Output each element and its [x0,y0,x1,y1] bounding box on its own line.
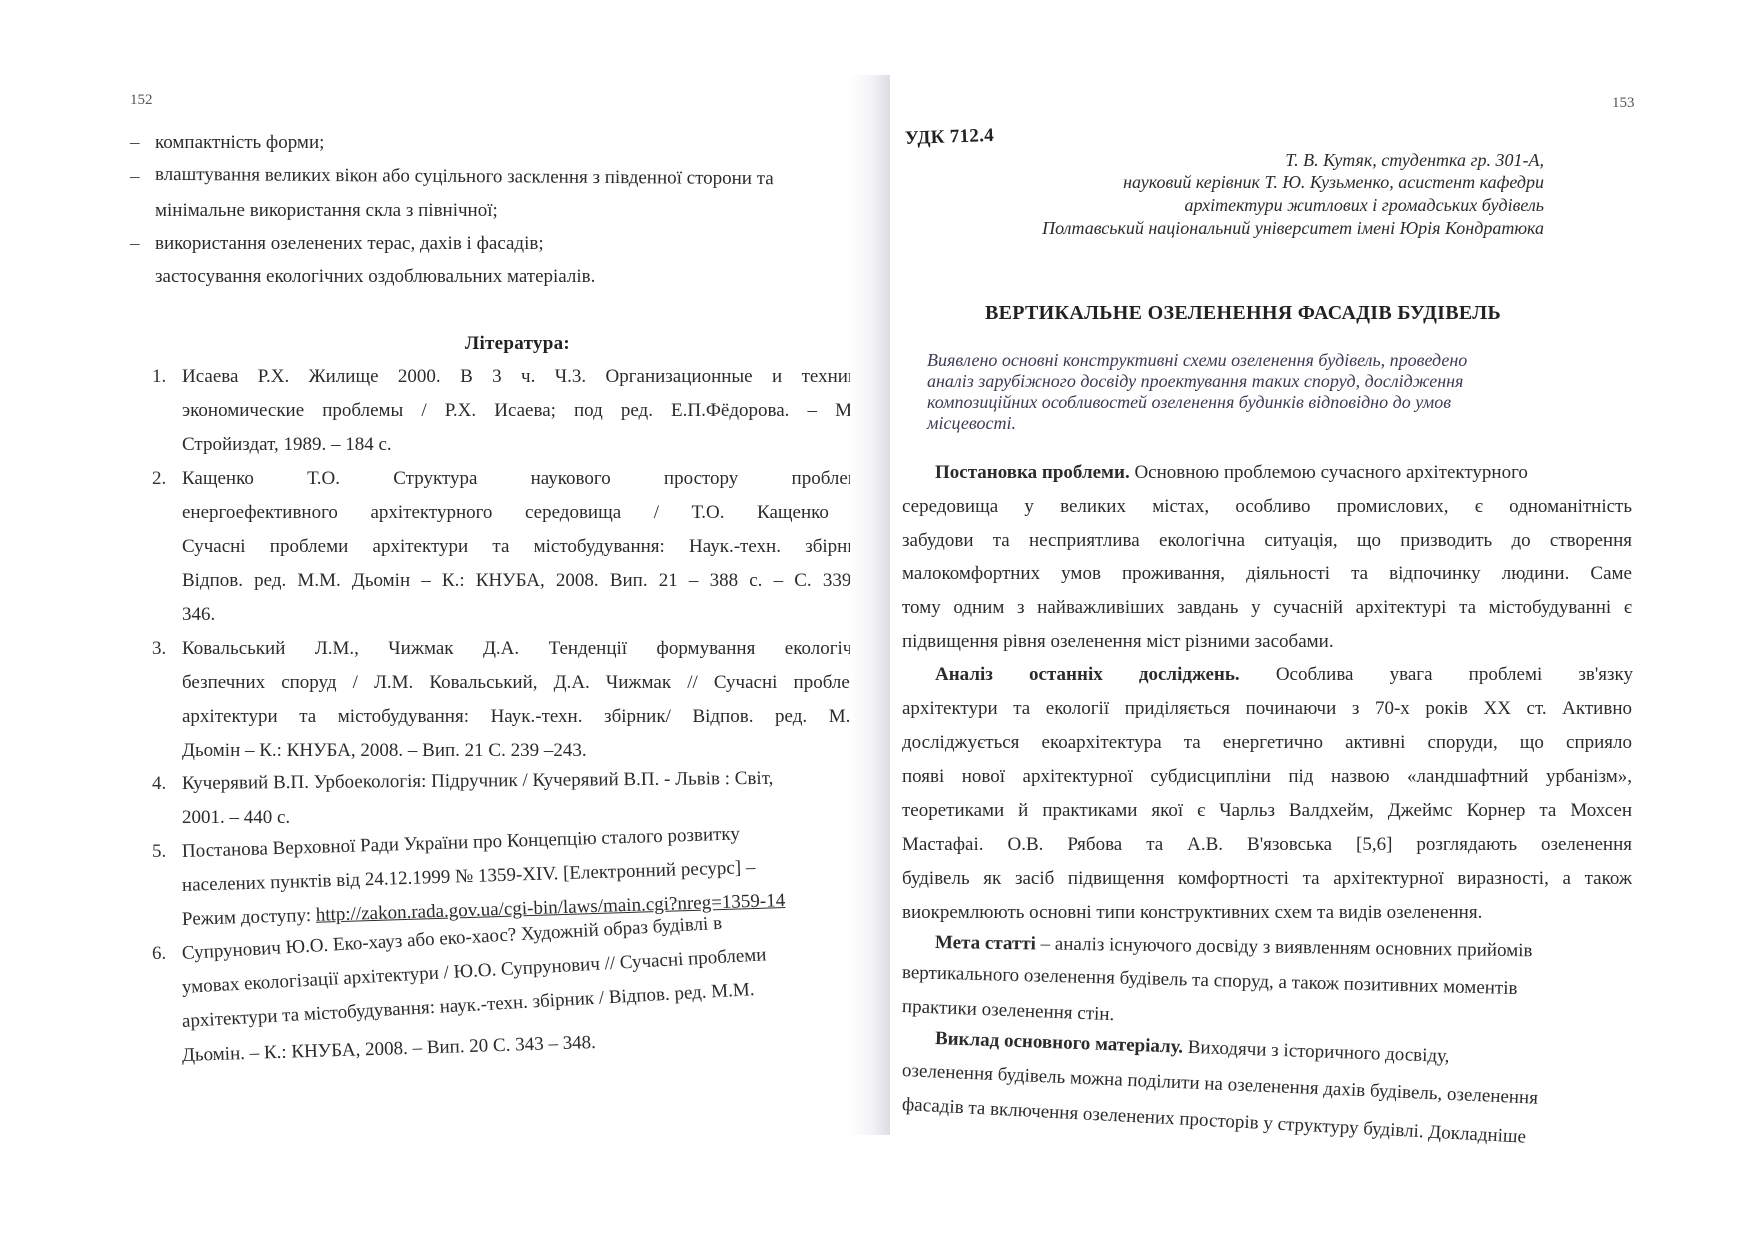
department-line: архітектури житлових і громадських будів… [1185,195,1545,216]
bullet-dash: – [130,233,140,255]
section-heading-analysis: Аналіз останніх досліджень. [935,664,1240,685]
reference-number: 4. [152,773,166,795]
section-heading-goal: Мета статті [935,932,1036,954]
reference-number: 6. [152,943,166,965]
paragraph-line: появі нової архітектурної субдисципліни … [902,766,1632,788]
university-line: Полтавський національний університет іме… [1042,218,1544,239]
references-heading: Література: [465,333,570,355]
bullet-item: використання озеленених терас, дахів і ф… [155,233,544,255]
reference-line: Стройиздат, 1989. – 184 с. [182,434,392,456]
bullet-item: компактність форми; [155,132,324,154]
paragraph-first-line: Аналіз останніх досліджень. Особлива ува… [935,664,1633,686]
reference-line: Дьомін. – К.: КНУБА, 2008. – Вип. 20 С. … [182,1032,597,1067]
reference-line: населених пунктів від 24.12.1999 № 1359-… [182,857,756,897]
left-page: 152 – компактність форми; – влаштування … [0,0,890,1140]
section-heading-main: Виклад основного матеріалу. [935,1028,1184,1058]
paragraph-line: малокомфортних умов проживання, діяльнос… [902,563,1632,585]
bullet-item: влаштування великих вікон або суцільного… [155,164,774,190]
reference-line: Дьомін – К.: КНУБА, 2008. – Вип. 21 С. 2… [182,740,587,762]
reference-number: 2. [152,468,166,490]
reference-line: Кащенко Т.О. Структура наукового простор… [182,468,870,490]
paragraph-line: виокремлюють основні типи конструктивних… [902,902,1482,924]
author-line: Т. В. Кутяк, студентка гр. 301-А, [1285,150,1544,171]
paragraph-first-line: Виклад основного матеріалу. Виходячи з і… [935,1028,1450,1068]
page-number-left: 152 [130,92,153,109]
bullet-dash: – [130,132,140,154]
paragraph-line: теоретиками й практиками якої є Чарльз В… [902,800,1632,822]
paragraph-line: забудови та несприятлива екологічна ситу… [902,530,1632,552]
reference-line: 2001. – 440 с. [182,807,290,829]
abstract-line: аналіз зарубіжного досвіду проектування … [927,371,1463,392]
paragraph-line: практики озеленення стін. [902,996,1115,1026]
reference-line: енергоефективного архітектурного середов… [182,502,872,524]
paragraph-line: тому одним з найважливіших завдань у суч… [902,597,1632,619]
udc-code: УДК 712.4 [905,125,995,150]
reference-number: 5. [152,841,166,863]
paragraph-line: архітектури та екології приділяється поч… [902,698,1632,720]
paragraph-line: підвищення рівня озеленення міст різними… [902,631,1334,653]
reference-number: 1. [152,366,166,388]
paragraph-line: досліджується екоархітектура та енергети… [902,732,1632,754]
bullet-item-continued: мінімальне використання скла з північної… [155,200,498,222]
reference-line: Ковальський Л.М., Чижмак Д.А. Тенденції … [182,638,872,660]
abstract-line: Виявлено основні конструктивні схеми озе… [927,350,1467,371]
reference-line: 346. [182,604,215,626]
bullet-dash: – [130,166,140,188]
paragraph-line: середовища у великих містах, особливо пр… [902,496,1632,518]
reference-line: Сучасні проблеми архітектури та містобуд… [182,536,872,558]
reference-line: Исаева Р.Х. Жилище 2000. В 3 ч. Ч.3. Орг… [182,366,872,388]
article-title: ВЕРТИКАЛЬНЕ ОЗЕЛЕНЕННЯ ФАСАДІВ БУДІВЕЛЬ [985,302,1501,325]
reference-line: Кучерявий В.П. Урбоекологія: Підручник /… [182,768,773,795]
reference-line: безпечних споруд / Л.М. Ковальський, Д.А… [182,672,872,694]
abstract-line: композиційних особливостей озеленення бу… [927,392,1451,413]
reference-line: экономические проблемы / Р.Х. Исаева; по… [182,400,862,422]
reference-line: Режим доступу: [182,905,316,930]
supervisor-line: науковий керівник Т. Ю. Кузьменко, асист… [1123,172,1544,193]
page-number-right: 153 [1612,95,1635,112]
right-page: 153 УДК 712.4 Т. В. Кутяк, студентка гр.… [890,0,1754,1140]
paragraph-line: будівель як засіб підвищення комфортност… [902,868,1632,890]
reference-line: Відпов. ред. М.М. Дьомін – К.: КНУБА, 20… [182,570,872,592]
abstract-line: місцевості. [927,413,1016,434]
paragraph-line: вертикального озеленення будівель та спо… [902,962,1518,1000]
paragraph-first-line: Постановка проблеми. Основною проблемою … [935,462,1633,484]
reference-line: архітектури та містобудування: Наук.-тех… [182,706,872,728]
section-heading-problem: Постановка проблеми. [935,462,1130,483]
paragraph-line: Мастафаі. О.В. Рябова та А.В. В'язовська… [902,834,1632,856]
bullet-item: застосування екологічних оздоблювальних … [155,266,595,288]
reference-line: Постанова Верховної Ради України про Кон… [182,823,741,863]
reference-number: 3. [152,638,166,660]
paragraph-first-line: Мета статті – аналіз існуючого досвіду з… [935,932,1533,962]
